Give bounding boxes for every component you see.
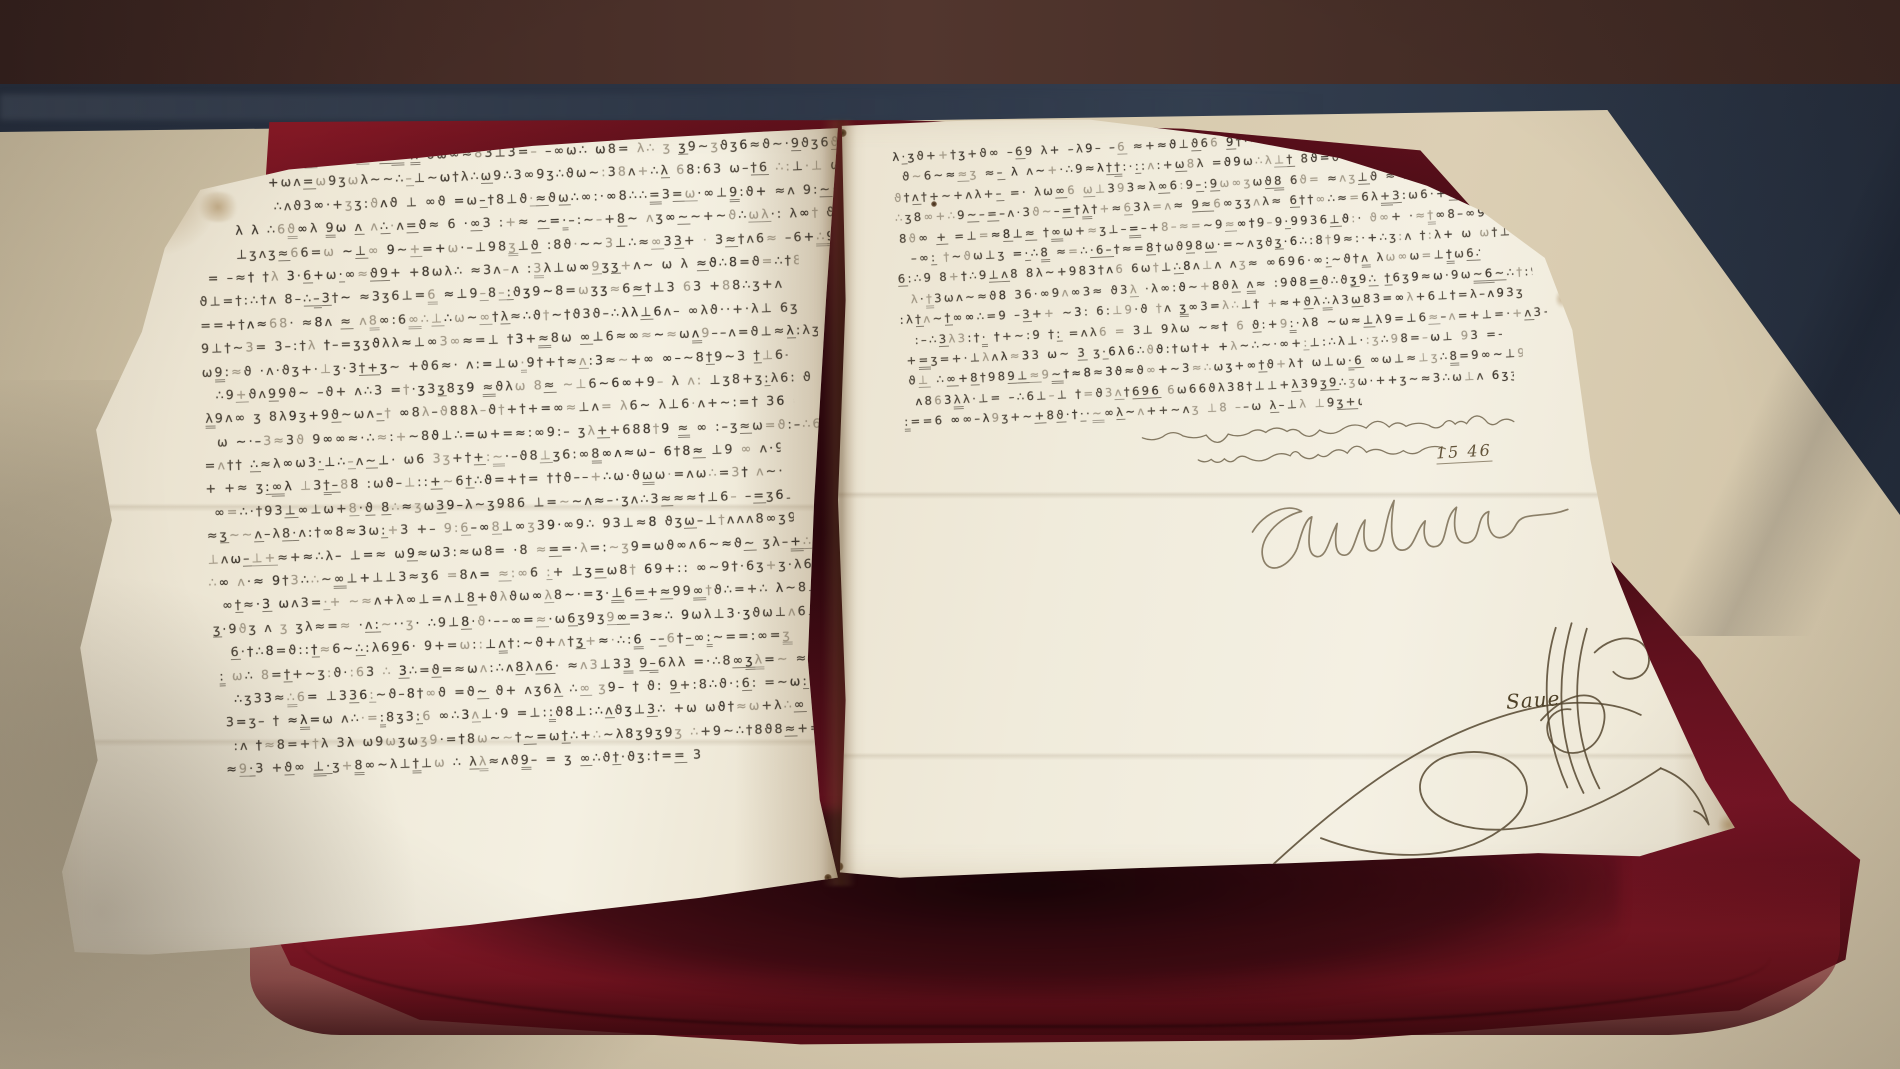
royal-signature-carlos: Carlos xyxy=(1232,471,1578,603)
cipher-text-left-page: +6:ϑ==3ω~·ʌ 6ω∞≈83⊥3=– –∞ω∴ ω8= λ∴ ʒ ʒ9~… xyxy=(195,134,840,785)
photo-scene: +6:ϑ==3ω~·ʌ 6ω∞≈83⊥3=– –∞ω∴ ω8= λ∴ ʒ ʒ9~… xyxy=(0,0,1900,1069)
secretary-signature-label: Saue xyxy=(1505,686,1561,714)
manuscript-left-page: +6:ϑ==3ω~·ʌ 6ω∞≈83⊥3=– –∞ω∴ ω8= λ∴ ʒ ʒ9~… xyxy=(55,118,845,963)
date-fragment: 15 46 xyxy=(1435,441,1492,465)
